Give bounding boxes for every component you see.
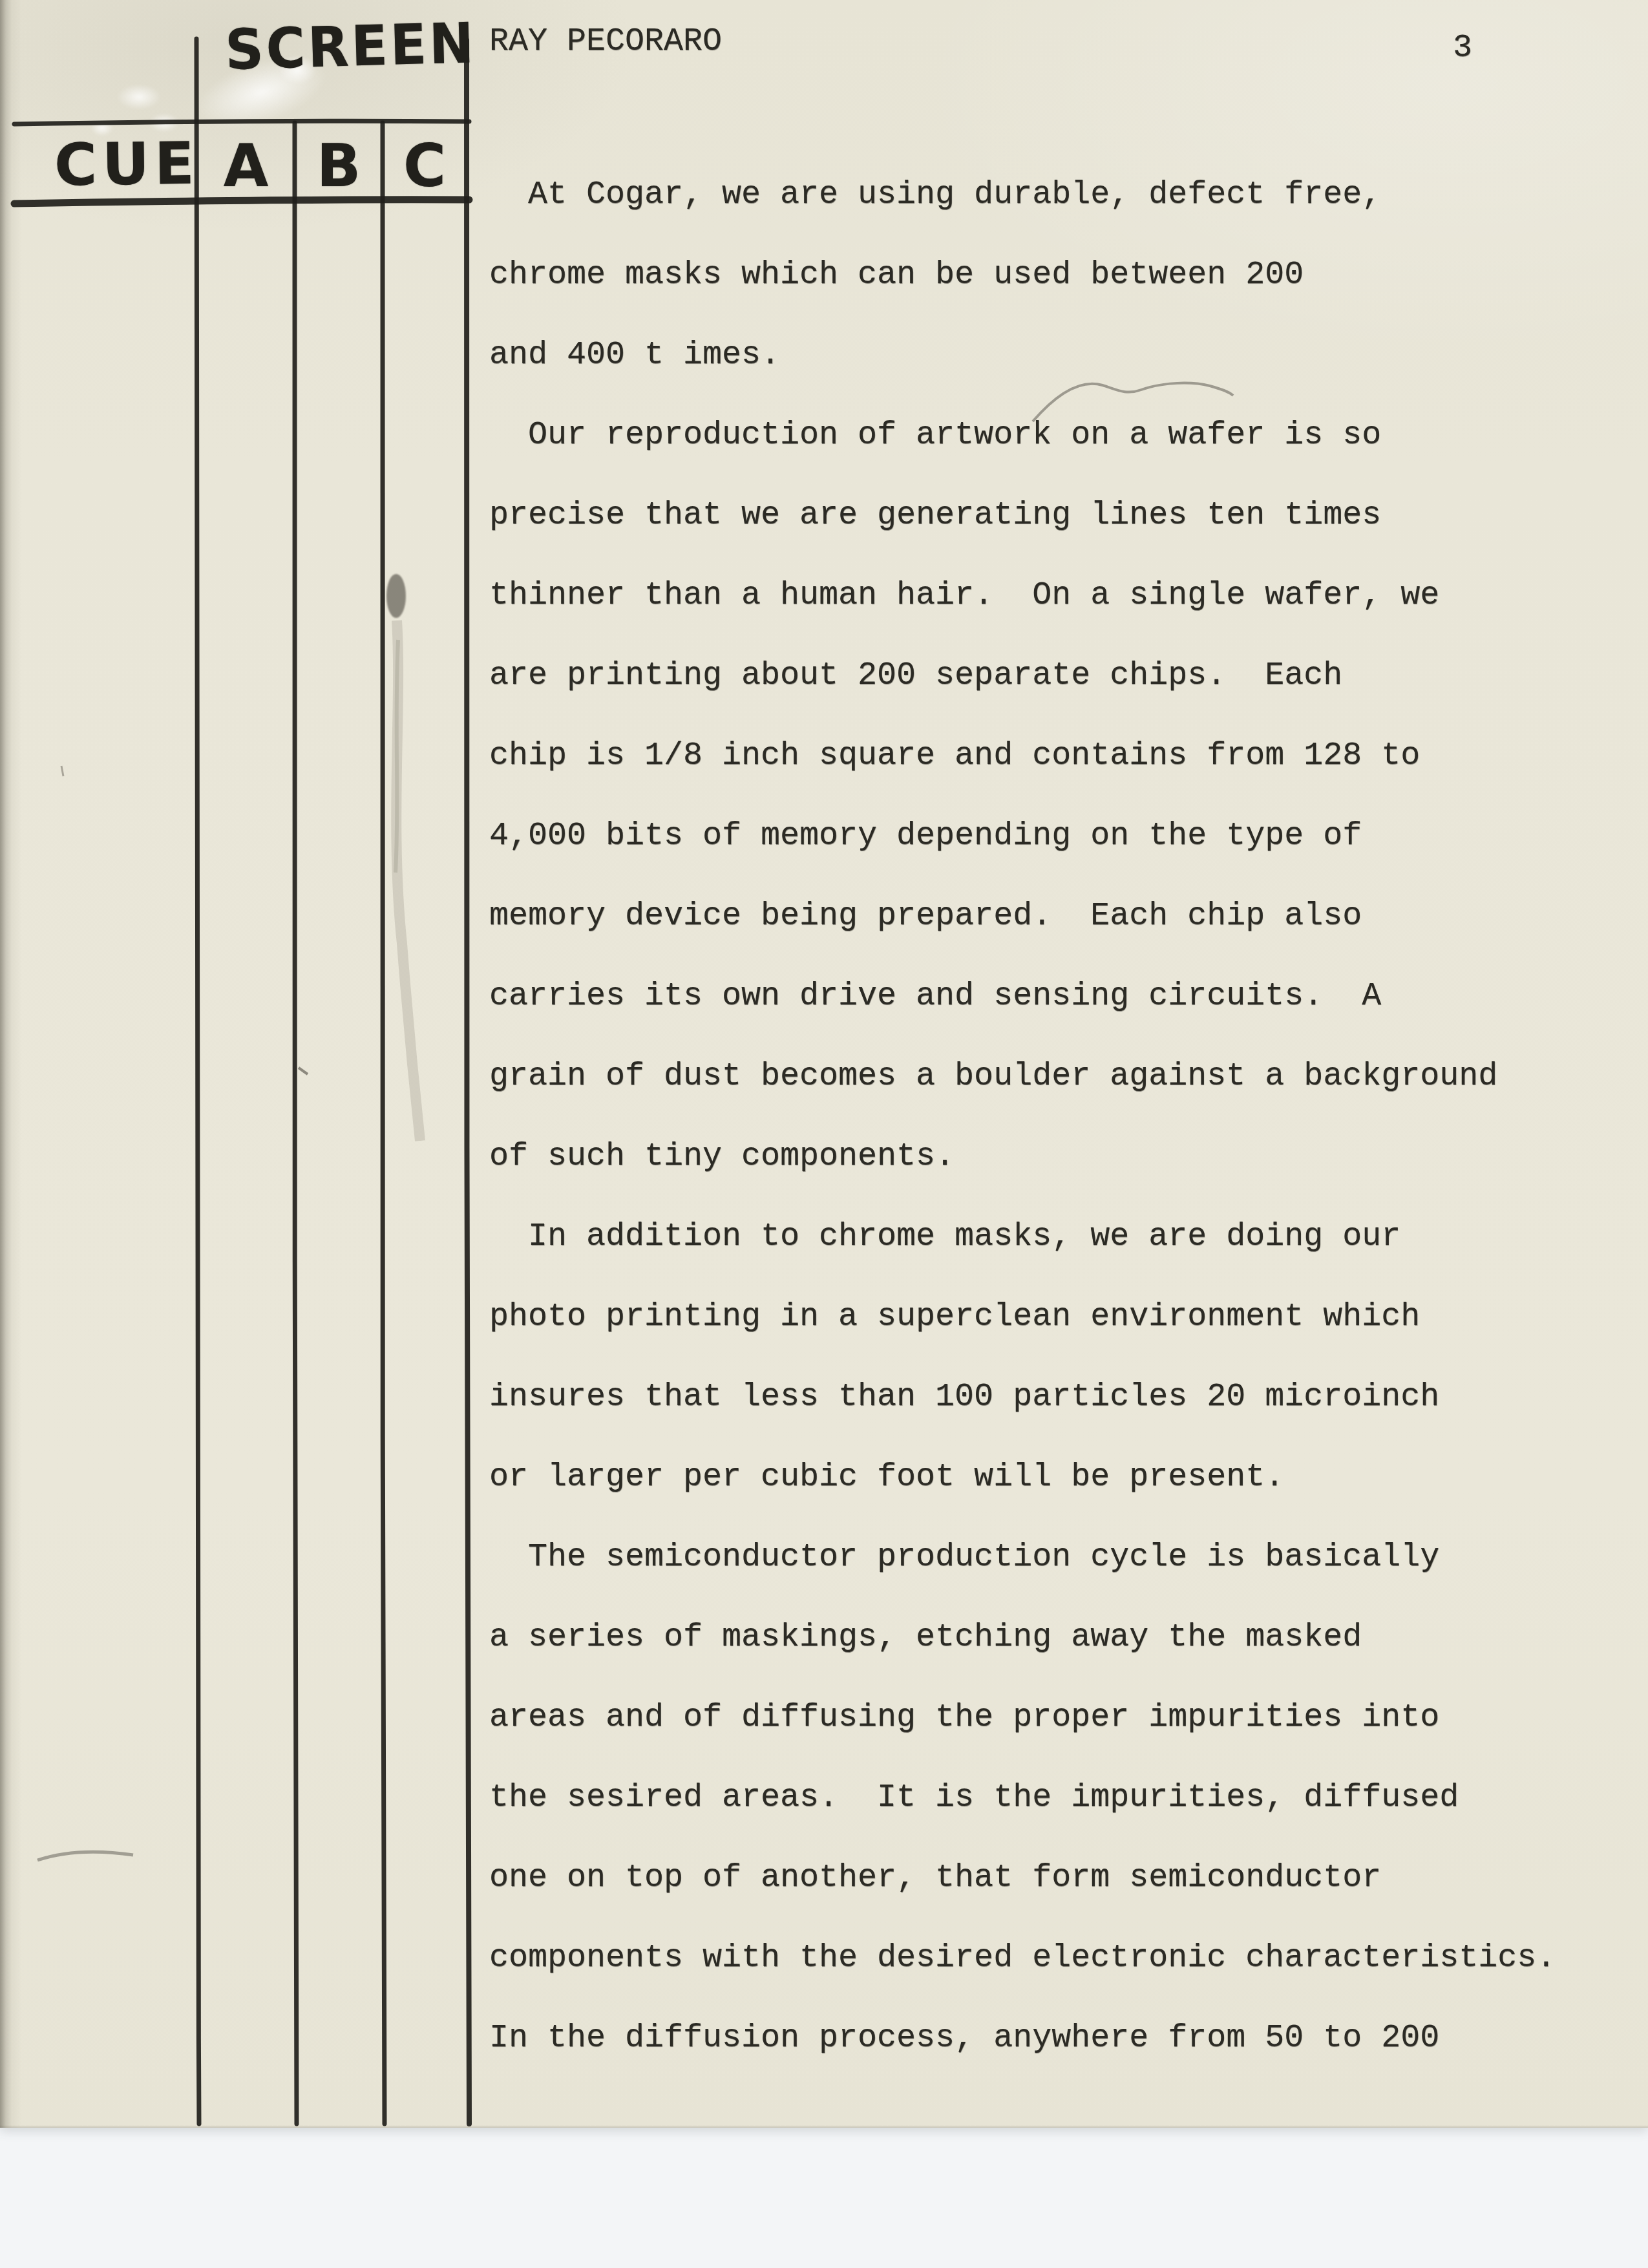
typed-line: the sesired areas. It is the impurities,… [489, 1758, 1556, 1838]
typed-script-text: At Cogar, we are using durable, defect f… [489, 155, 1556, 2079]
cue-column-label: CUE [54, 129, 200, 199]
typed-line: areas and of diffusing the proper impuri… [489, 1678, 1556, 1758]
screen-column-letters: ABC [197, 129, 467, 204]
typed-line: 4,000 bits of memory depending on the ty… [489, 796, 1556, 876]
typed-line: one on top of another, that form semicon… [489, 1838, 1556, 1918]
typed-line: In the diffusion process, anywhere from … [489, 1998, 1556, 2079]
typed-line: components with the desired electronic c… [489, 1918, 1556, 1998]
b-c-divider-line [383, 123, 385, 2124]
scanned-script-page: SCREEN CUE ABC RAY PECORARO 3 At Cogar, … [0, 0, 1648, 2268]
typed-line: are printing about 200 separate chips. E… [489, 636, 1556, 716]
stray-mark [299, 1068, 308, 1074]
stray-mark [61, 766, 63, 776]
page-number: 3 [1453, 30, 1472, 67]
speaker-name: RAY PECORARO [489, 23, 722, 60]
typed-line: or larger per cubic foot will be present… [489, 1437, 1556, 1518]
typed-line: and 400 t imes. [489, 315, 1556, 396]
typed-line: In addition to chrome masks, we are doin… [489, 1197, 1556, 1277]
screen-column-letter: C [383, 129, 467, 204]
typed-line: The semiconductor production cycle is ba… [489, 1518, 1556, 1598]
typed-line: of such tiny components. [489, 1117, 1556, 1197]
pencil-dash [37, 1852, 133, 1860]
typed-line: At Cogar, we are using durable, defect f… [489, 155, 1556, 235]
typed-line: precise that we are generating lines ten… [489, 476, 1556, 556]
paper-sheet: SCREEN CUE ABC RAY PECORARO 3 At Cogar, … [0, 0, 1648, 2128]
typed-line: insures that less than 100 particles 20 … [489, 1357, 1556, 1437]
typed-line: carries its own drive and sensing circui… [489, 957, 1556, 1037]
screen-underline [14, 121, 469, 124]
typed-line: memory device being prepared. Each chip … [489, 876, 1556, 957]
screen-column-letter: B [295, 129, 383, 204]
typed-line: grain of dust becomes a boulder against … [489, 1037, 1556, 1117]
screen-column-letter: A [197, 129, 295, 204]
typed-line: Our reproduction of artwork on a wafer i… [489, 396, 1556, 476]
typed-line: thinner than a human hair. On a single w… [489, 556, 1556, 636]
typed-line: photo printing in a superclean environme… [489, 1277, 1556, 1357]
table-right-border-line [467, 40, 469, 2124]
cue-a-divider-line [196, 39, 199, 2124]
screen-header-label: SCREEN [224, 11, 477, 83]
typed-line: chrome masks which can be used between 2… [489, 235, 1556, 315]
ink-smudge [386, 574, 420, 1141]
typed-line: a series of maskings, etching away the m… [489, 1598, 1556, 1678]
typed-line: chip is 1/8 inch square and contains fro… [489, 716, 1556, 796]
a-b-divider-line [295, 123, 297, 2124]
